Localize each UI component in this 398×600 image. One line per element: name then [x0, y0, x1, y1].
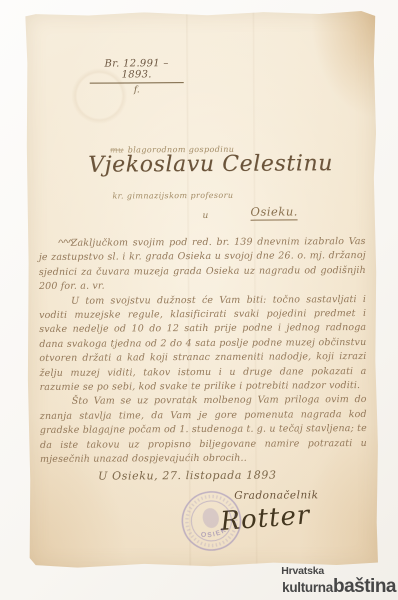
watermark-bastina: baština — [333, 577, 396, 596]
recipient-title: kr. gimnazijskom profesoru — [112, 191, 233, 201]
city-name: Osieku. — [250, 204, 297, 220]
official-stamp: OSIEK — [173, 483, 249, 559]
recipient-name: Vjekoslavu Celestinu — [88, 151, 333, 177]
reference-subscript: f. — [90, 85, 184, 96]
watermark-line2: kulturnabaština — [281, 577, 396, 596]
body-paragraph: Zaključkom svojim pod red. br. 139 dnevn… — [39, 235, 366, 295]
reference-block: Br. 12.991 – 1893. f. — [90, 58, 184, 96]
watermark-kulturna: kulturna — [282, 581, 333, 595]
stamp-emblem — [201, 507, 221, 530]
body-paragraph: U tom svojstvu dužnost će Vam biti: točn… — [39, 293, 367, 396]
watermark: Hrvatska kulturnabaština — [281, 566, 396, 597]
watermark-line1: Hrvatska — [281, 566, 324, 577]
body-paragraph: Što Vam se uz povratak molbenog Vam pril… — [40, 393, 367, 467]
stamp-city-text: OSIEK — [199, 526, 229, 541]
letter-body: Zaključkom svojim pod red. br. 139 dnevn… — [39, 235, 367, 467]
preposition-u: u — [203, 211, 209, 221]
document-paper: Br. 12.991 – 1893. f. mublagorodnom gosp… — [25, 11, 378, 569]
dateline: U Osieku, 27. listopada 1893 — [98, 469, 276, 483]
stamp-city-label: OSIEK — [199, 526, 229, 541]
photo-backdrop: Br. 12.991 – 1893. f. mublagorodnom gosp… — [0, 0, 398, 600]
reference-number: Br. 12.991 – 1893. — [90, 58, 184, 84]
